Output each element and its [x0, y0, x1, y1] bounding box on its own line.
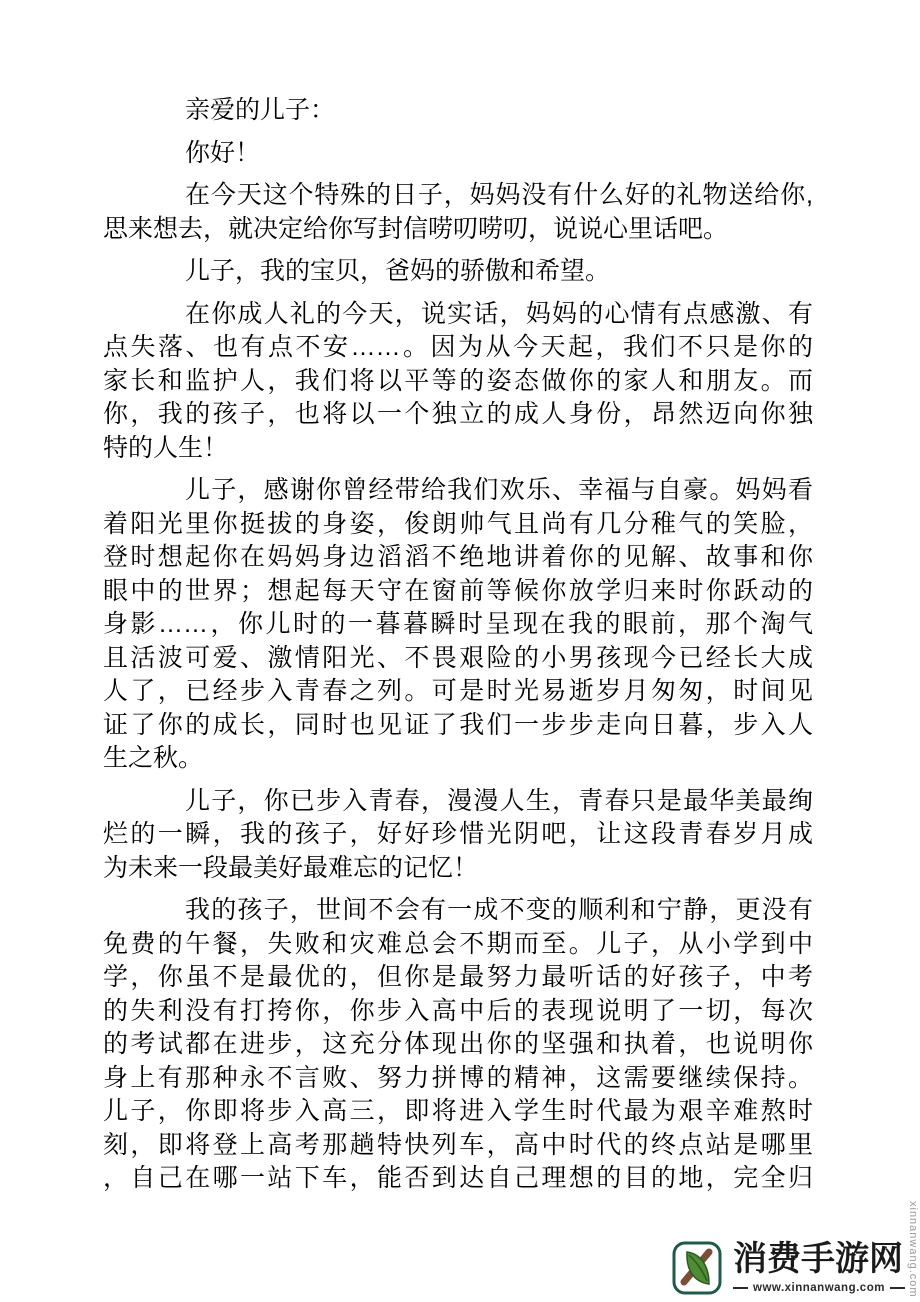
text-line: 儿子，你已步入青春，漫漫人生，青春只是最华美最绚	[103, 785, 813, 819]
text-line: 你，我的孩子，也将以一个独立的成人身份，昂然迈向你独	[103, 398, 813, 432]
text-line: 我的孩子，世间不会有一成不变的顺利和宁静，更没有	[103, 894, 813, 928]
dash-divider-left	[733, 1287, 748, 1289]
paragraph: 儿子，感谢你曾经带给我们欢乐、幸福与自豪。妈妈看着阳光里你挺拔的身姿，俊朗帅气且…	[103, 474, 813, 776]
text-line: 在你成人礼的今天，说实话，妈妈的心情有点感激、有	[103, 298, 813, 332]
text-line: 儿子，你即将步入高三，即将进入学生时代最为艰辛难熬时	[103, 1095, 813, 1129]
text-line: 特的人生！	[103, 432, 813, 466]
text-line: 身上有那种永不言败、努力拼博的精神，这需要继续保持。	[103, 1062, 813, 1096]
text-line: 在今天这个特殊的日子，妈妈没有什么好的礼物送给你,	[103, 179, 813, 213]
text-line: 为未来一段最美好最难忘的记忆！	[103, 852, 813, 886]
text-line: 儿子，感谢你曾经带给我们欢乐、幸福与自豪。妈妈看	[103, 474, 813, 508]
text-line: 身影……，你儿时的一暮暮瞬时呈现在我的眼前，那个淘气	[103, 608, 813, 642]
dash-divider-right	[890, 1287, 905, 1289]
text-line: 刻，即将登上高考那趟特快列车，高中时代的终点站是哪里	[103, 1129, 813, 1163]
text-line: 学，你虽不是最优的，但你是最努力最听话的好孩子，中考	[103, 961, 813, 995]
text-line: 眼中的世界；想起每天守在窗前等候你放学归来时你跃动的	[103, 575, 813, 609]
text-line: 生之秋。	[103, 742, 813, 776]
watermark-text-block: 消费手游网 www.xinnanwang.com	[733, 1241, 905, 1294]
leaf-stick-logo-icon	[672, 1239, 722, 1295]
paragraph: 儿子，我的宝贝，爸妈的骄傲和希望。	[103, 255, 813, 289]
text-line: 思来想去，就决定给你写封信唠叨唠叨，说说心里话吧。	[103, 213, 813, 247]
text-line: 人了，已经步入青春之列。可是时光易逝岁月匆匆，时间见	[103, 675, 813, 709]
site-watermark: 消费手游网 www.xinnanwang.com	[672, 1239, 905, 1295]
site-url-row: www.xinnanwang.com	[733, 1282, 905, 1294]
text-line: 且活波可爱、激情阳光、不畏艰险的小男孩现今已经长大成	[103, 642, 813, 676]
text-line: 免费的午餐，失败和灾难总会不期而至。儿子，从小学到中	[103, 928, 813, 962]
text-line: 你好！	[103, 137, 813, 171]
text-line: 亲爱的儿子：	[103, 94, 813, 128]
text-line: 点失落、也有点不安……。因为从今天起，我们不只是你的	[103, 331, 813, 365]
paragraph: 你好！	[103, 137, 813, 171]
text-line: ，自己在哪一站下车，能否到达自己理想的目的地，完全归	[103, 1162, 813, 1196]
text-line: 证了你的成长，同时也见证了我们一步步走向日暮，步入人	[103, 709, 813, 743]
text-line: 的失利没有打挎你，你步入高中后的表现说明了一切，每次	[103, 995, 813, 1029]
paragraph: 在今天这个特殊的日子，妈妈没有什么好的礼物送给你,思来想去，就决定给你写封信唠叨…	[103, 179, 813, 246]
text-line: 着阳光里你挺拔的身姿，俊朗帅气且尚有几分稚气的笑脸，	[103, 508, 813, 542]
paragraph: 在你成人礼的今天，说实话，妈妈的心情有点感激、有点失落、也有点不安……。因为从今…	[103, 298, 813, 466]
text-line: 儿子，我的宝贝，爸妈的骄傲和希望。	[103, 255, 813, 289]
text-line: 登时想起你在妈妈身边滔滔不绝地讲着你的见解、故事和你	[103, 541, 813, 575]
side-url-label: xinnanwang.com	[907, 1201, 919, 1298]
site-name-label: 消费手游网	[733, 1241, 905, 1279]
text-line: 的考试都在进步，这充分体现出你的坚强和执着，也说明你	[103, 1028, 813, 1062]
site-url-label: www.xinnanwang.com	[753, 1282, 885, 1294]
text-line: 烂的一瞬，我的孩子，好好珍惜光阴吧，让这段青春岁月成	[103, 818, 813, 852]
paragraph: 我的孩子，世间不会有一成不变的顺利和宁静，更没有免费的午餐，失败和灾难总会不期而…	[103, 894, 813, 1196]
paragraph: 儿子，你已步入青春，漫漫人生，青春只是最华美最绚烂的一瞬，我的孩子，好好珍惜光阴…	[103, 785, 813, 886]
text-line: 家长和监护人，我们将以平等的姿态做你的家人和朋友。而	[103, 365, 813, 399]
paragraph: 亲爱的儿子：	[103, 94, 813, 128]
letter-body: 亲爱的儿子：你好！在今天这个特殊的日子，妈妈没有什么好的礼物送给你,思来想去，就…	[103, 94, 813, 1196]
